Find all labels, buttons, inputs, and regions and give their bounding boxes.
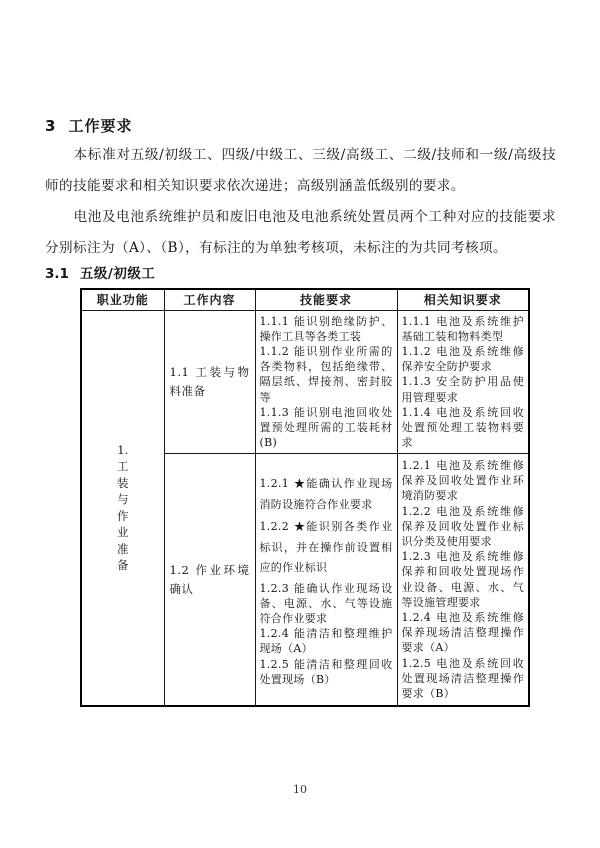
function-label-char: 与	[82, 491, 164, 508]
work-content-cell: 1.2 作业环境确认	[164, 454, 255, 706]
knowledge-item: 1.1.2 电池及系统维修保养安全防护要求	[402, 344, 525, 374]
knowledge-item: 1.2.2 电池及系统维修保养及回收处置作业标识分类及使用要求	[402, 504, 525, 550]
section-title: 工作要求	[68, 115, 132, 136]
column-header-occupational-function: 职业功能	[81, 289, 164, 310]
function-label-char: 备	[82, 557, 164, 574]
subsection-number: 3.1	[45, 266, 69, 282]
skill-item: 1.2.1 ★能确认作业现场消防设施符合作业要求	[260, 474, 393, 515]
knowledge-cell: 1.2.1 电池及系统维修保养及回收处置作业环境消防要求1.2.2 电池及系统维…	[397, 454, 529, 706]
section-number: 3	[45, 117, 55, 135]
work-content-label: 1.1 工装与物料准备	[170, 363, 250, 401]
requirements-table: 职业功能 工作内容 技能要求 相关知识要求 1.工装与作业准备 1.1 工装与物…	[80, 288, 530, 707]
knowledge-item: 1.2.3 电池及系统维修保养和回收处置现场作业设备、电源、水、气等设施管理要求	[402, 549, 525, 610]
paragraph: 本标准对五级/初级工、四级/中级工、三级/高级工、二级/技师和一级/高级技师的技…	[45, 140, 556, 202]
column-header-work-content: 工作内容	[164, 289, 255, 310]
skill-item: 1.1.2 能识别作业所需的各类物料，包括绝缘带、隔层纸、焊接剂、密封胶等	[260, 344, 393, 405]
column-header-skill-requirements: 技能要求	[255, 289, 397, 310]
knowledge-item: 1.1.4 电池及系统回收处置预处理工装物料要求	[402, 405, 525, 451]
table-header-row: 职业功能 工作内容 技能要求 相关知识要求	[81, 289, 529, 310]
occupational-function-cell: 1.工装与作业准备	[81, 310, 164, 706]
skills-cell: 1.1.1 能识别绝缘防护、操作工具等各类工装1.1.2 能识别作业所需的各类物…	[255, 310, 397, 454]
knowledge-cell: 1.1.1 电池及系统维护基础工装和物料类型1.1.2 电池及系统维修保养安全防…	[397, 310, 529, 454]
section-heading: 3 工作要求	[45, 115, 132, 136]
skill-item: 1.1.1 能识别绝缘防护、操作工具等各类工装	[260, 314, 393, 344]
skill-item: 1.2.5 能清洁和整理回收处置现场（B）	[260, 657, 393, 687]
function-label-char: 1.	[82, 442, 164, 459]
function-label-char: 装	[82, 475, 164, 492]
column-header-knowledge-requirements: 相关知识要求	[397, 289, 529, 310]
page-number: 10	[0, 783, 600, 796]
work-content-label: 1.2 作业环境确认	[170, 561, 250, 599]
subsection-title: 五级/初级工	[80, 262, 155, 282]
knowledge-item: 1.2.1 电池及系统维修保养及回收处置作业环境消防要求	[402, 458, 525, 504]
work-content-cell: 1.1 工装与物料准备	[164, 310, 255, 454]
skills-cell: 1.2.1 ★能确认作业现场消防设施符合作业要求1.2.2 ★能识别各类作业标识…	[255, 454, 397, 706]
knowledge-item: 1.2.5 电池及系统回收处置现场清洁整理操作要求（B）	[402, 656, 525, 702]
skill-item: 1.2.2 ★能识别各类作业标识，并在操作前设置相应的作业标识	[260, 517, 393, 579]
function-label-char: 准	[82, 541, 164, 558]
document-page: 3 工作要求 本标准对五级/初级工、四级/中级工、三级/高级工、二级/技师和一级…	[0, 0, 600, 848]
occupational-function-label: 1.工装与作业准备	[82, 442, 164, 574]
table-row: 1.工装与作业准备 1.1 工装与物料准备 1.1.1 能识别绝缘防护、操作工具…	[81, 310, 529, 454]
function-label-char: 工	[82, 458, 164, 475]
knowledge-item: 1.1.1 电池及系统维护基础工装和物料类型	[402, 314, 525, 344]
knowledge-item: 1.1.3 安全防护用品使用管理要求	[402, 374, 525, 404]
function-label-char: 作	[82, 508, 164, 525]
knowledge-item: 1.2.4 电池及系统维修保养现场清洁整理操作要求（A）	[402, 610, 525, 656]
skill-item: 1.2.3 能确认作业现场设备、电源、水、气等设施符合作业要求	[260, 581, 393, 627]
skill-item: 1.1.3 能识别电池回收处置预处理所需的工装耗材(B)	[260, 405, 393, 451]
function-label-char: 业	[82, 524, 164, 541]
subsection-heading: 3.1 五级/初级工	[45, 262, 155, 282]
paragraph: 电池及电池系统维护员和废旧电池及电池系统处置员两个工种对应的技能要求分别标注为（…	[45, 202, 556, 264]
skill-item: 1.2.4 能清洁和整理维护现场（A）	[260, 626, 393, 656]
